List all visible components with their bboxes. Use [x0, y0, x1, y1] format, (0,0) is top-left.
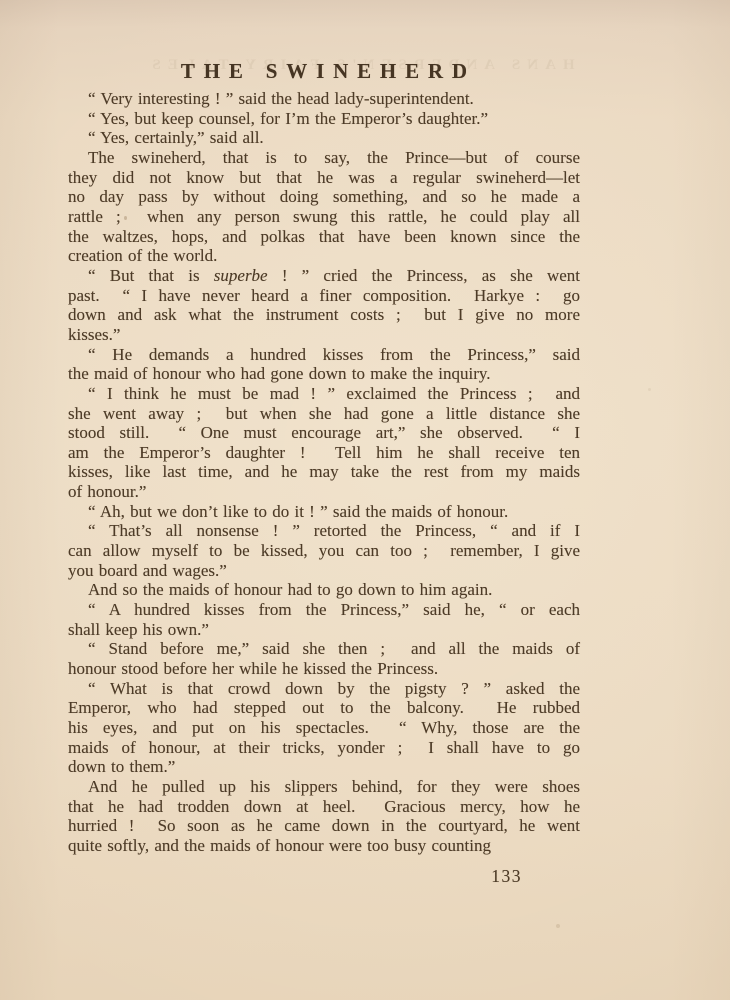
text-line: “ That’s all nonsense ! ” retorted the P…: [68, 521, 580, 541]
text-line: “ I think he must be mad ! ” exclaimed t…: [68, 384, 580, 404]
text-line: creation of the world.: [68, 246, 580, 266]
text-line: shall keep his own.”: [68, 620, 580, 640]
paragraph: “ A hundred kisses from the Princess,” s…: [68, 600, 580, 639]
page-title: THE SWINEHERD: [68, 0, 580, 84]
text-line: that he had trodden down at heel. Gracio…: [68, 797, 580, 817]
text-line: the maid of honour who had gone down to …: [68, 364, 580, 384]
text-line: they did not know but that he was a regu…: [68, 168, 580, 188]
text-block: “ Very interesting ! ” said the head lad…: [68, 89, 580, 856]
paragraph: “ I think he must be mad ! ” exclaimed t…: [68, 384, 580, 502]
text-line: And so the maids of honour had to go dow…: [68, 580, 580, 600]
paragraph: “ Stand before me,” said she then ; and …: [68, 639, 580, 678]
text-line: “ Yes, but keep counsel, for I’m the Emp…: [68, 109, 580, 129]
text-line: kisses, like last time, and he may take …: [68, 462, 580, 482]
text-line: And he pulled up his slippers behind, fo…: [68, 777, 580, 797]
text-line: “ A hundred kisses from the Princess,” s…: [68, 600, 580, 620]
text-line: maids of honour, at their tricks, yonder…: [68, 738, 580, 758]
text-line: “ Ah, but we don’t like to do it ! ” sai…: [68, 502, 580, 522]
paragraph: And he pulled up his slippers behind, fo…: [68, 777, 580, 856]
italic-text: superbe: [214, 266, 268, 285]
text-line: past. “ I have never heard a finer compo…: [68, 286, 580, 306]
text-line: rattle ; when any person swung this ratt…: [68, 207, 580, 227]
text-line: stood still. “ One must encourage art,” …: [68, 423, 580, 443]
paragraph: “ Yes, certainly,” said all.: [68, 128, 580, 148]
paragraph: “ Ah, but we don’t like to do it ! ” sai…: [68, 502, 580, 522]
paragraph: “ What is that crowd down by the pigsty …: [68, 679, 580, 777]
paragraph: And so the maids of honour had to go dow…: [68, 580, 580, 600]
paragraph: “ Very interesting ! ” said the head lad…: [68, 89, 580, 109]
paragraph: The swineherd, that is to say, the Princ…: [68, 148, 580, 266]
text-line: you board and wages.”: [68, 561, 580, 581]
text-line: no day pass by without doing something, …: [68, 187, 580, 207]
text-line: the waltzes, hops, and polkas that have …: [68, 227, 580, 247]
text-line: “ Stand before me,” said she then ; and …: [68, 639, 580, 659]
text-line: “ Very interesting ! ” said the head lad…: [68, 89, 580, 109]
paper-speck: [648, 388, 651, 391]
text-line: Emperor, who had stepped out to the balc…: [68, 698, 580, 718]
text-line: “ Yes, certainly,” said all.: [68, 128, 580, 148]
text-line: am the Emperor’s daughter ! Tell him he …: [68, 443, 580, 463]
book-page: HANS ANDERSEN'S FAIRY TALES THE SWINEHER…: [0, 0, 730, 1000]
paragraph: “ He demands a hundred kisses from the P…: [68, 345, 580, 384]
text-line: she went away ; but when she had gone a …: [68, 404, 580, 424]
text-line: honour stood before her while he kissed …: [68, 659, 580, 679]
paragraph: “ Yes, but keep counsel, for I’m the Emp…: [68, 109, 580, 129]
text-line: hurried ! So soon as he came down in the…: [68, 816, 580, 836]
text-line: “ He demands a hundred kisses from the P…: [68, 345, 580, 365]
paper-speck: [556, 924, 560, 928]
text-line: quite softly, and the maids of honour we…: [68, 836, 580, 856]
text-line: of honour.”: [68, 482, 580, 502]
text-line: can allow myself to be kissed, you can t…: [68, 541, 580, 561]
text-line: “ What is that crowd down by the pigsty …: [68, 679, 580, 699]
paragraph: “ But that is superbe ! ” cried the Prin…: [68, 266, 580, 345]
text-line: his eyes, and put on his spectacles. “ W…: [68, 718, 580, 738]
text-line: kisses.”: [68, 325, 580, 345]
text-line: The swineherd, that is to say, the Princ…: [68, 148, 580, 168]
text-line: down and ask what the instrument costs ;…: [68, 305, 580, 325]
page-number: 133: [68, 866, 580, 887]
text-line: down to them.”: [68, 757, 580, 777]
paragraph: “ That’s all nonsense ! ” retorted the P…: [68, 521, 580, 580]
text-line: “ But that is superbe ! ” cried the Prin…: [68, 266, 580, 286]
